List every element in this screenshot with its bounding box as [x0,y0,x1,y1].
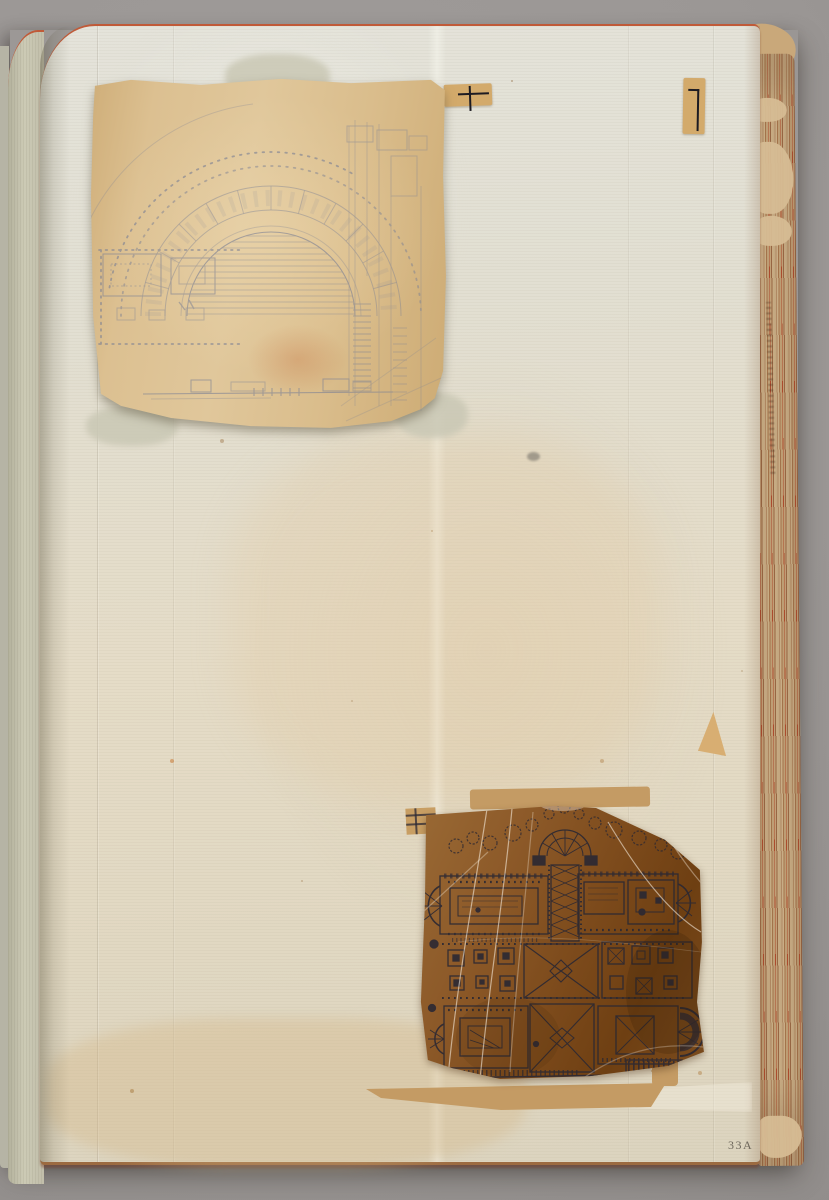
fore-edge-wear-patch [758,1116,802,1158]
ink-register-mark [469,86,471,111]
album-page: 33A [40,24,760,1165]
ink-register-mark [458,92,489,95]
villa-plan-ink [418,792,708,1084]
ink-register-mark [697,89,699,131]
theater-plan-sketch [91,76,447,430]
paper-stain [230,432,660,802]
glue-scrap-left [444,83,493,107]
paper-smudge [527,452,540,461]
paper-specks [130,1089,134,1093]
fold-line [713,26,714,1162]
page-right-shading [744,26,760,1162]
facing-page-edge [8,30,44,1184]
glue-scrap-right [683,78,706,134]
ink-plan-drawing [418,792,708,1084]
page-number-label: 33A [728,1138,753,1153]
fore-edge-inscription-marks [766,302,776,474]
gutter-shadow [40,26,70,1162]
photo-background: 33A [0,0,829,1200]
tracing-paper-drawing [91,76,447,430]
